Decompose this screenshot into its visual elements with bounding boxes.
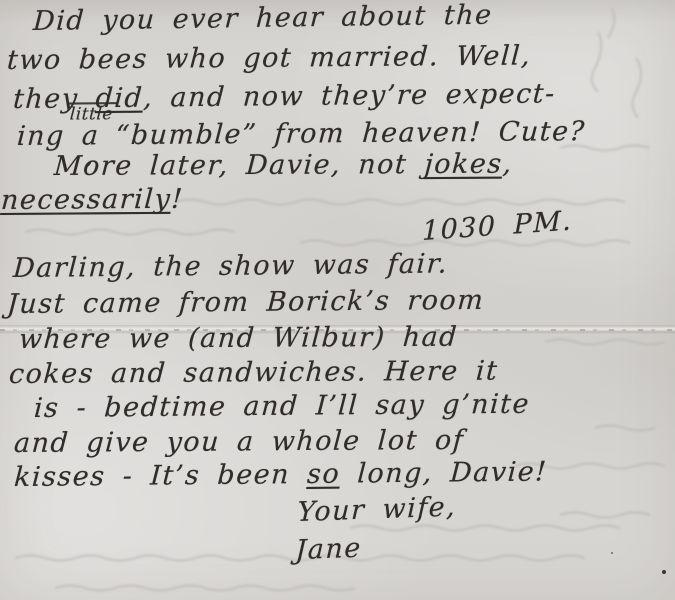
letter-text: cokes and sandwiches. Here it — [8, 356, 499, 390]
letter-text: necessarily — [0, 184, 172, 216]
letter-line: More later, Davie, not jokes, — [53, 149, 514, 182]
letter-line: is - bedtime and I’ll say g’nite — [33, 389, 531, 424]
letter-text: , and now they’re expect- — [142, 78, 556, 113]
letter-text: jokes — [423, 149, 503, 180]
letter-line: kisses - It’s been so long, Davie! — [13, 456, 548, 493]
letter-text: long, Davie! — [339, 456, 548, 489]
letter-text: Darling, the show was fair. — [12, 248, 449, 284]
letter-line: ing alittle“bumble” from heaven! Cute? — [16, 116, 586, 152]
letter-line: Jane — [295, 533, 362, 566]
letter-text: 1030 PM. — [422, 205, 572, 247]
letter-line: necessarily! — [0, 184, 185, 216]
letter-text: , — [502, 149, 514, 180]
ink-speck — [611, 552, 613, 554]
letter-text: and give you a whole lot of — [13, 425, 465, 459]
letter-line: two bees who got married. Well, — [6, 40, 532, 76]
letter-text: Did you ever hear about the — [32, 0, 493, 37]
letter-text: two bees who got married. Well, — [6, 40, 532, 76]
letter-text: kisses - It’s been — [13, 459, 308, 493]
letter-text: Jane — [295, 533, 362, 566]
letter-line: and give you a whole lot of — [13, 425, 465, 459]
inserted-word: little — [99, 143, 115, 144]
letter-text: More later, Davie, not — [53, 149, 425, 182]
letter-line: Your wife, — [297, 491, 457, 528]
letter-text: Just came from Borick’s room — [6, 285, 485, 320]
inserted-word-text: little — [66, 102, 116, 124]
letter-text: Your wife, — [297, 491, 457, 528]
letter-text: “bumble” from heaven! Cute? — [115, 116, 587, 151]
letter-line: Did you ever hear about the — [32, 0, 493, 37]
letter-line: 1030 PM. — [422, 205, 572, 247]
letter-text: is - bedtime and I’ll say g’nite — [33, 389, 531, 424]
letter-text: where we (and Wilbur) had — [18, 322, 459, 355]
letter-text: so — [306, 459, 341, 490]
letter-line: Darling, the show was fair. — [12, 248, 449, 284]
letter-line: where we (and Wilbur) had — [18, 322, 459, 355]
letter-page: Did you ever hear about thetwo bees who … — [0, 0, 675, 600]
letter-text: ! — [170, 184, 184, 215]
letter-line: cokes and sandwiches. Here it — [8, 356, 499, 390]
letter-body: Did you ever hear about thetwo bees who … — [0, 0, 675, 600]
ink-speck — [662, 570, 666, 574]
letter-line: Just came from Borick’s room — [6, 285, 485, 320]
